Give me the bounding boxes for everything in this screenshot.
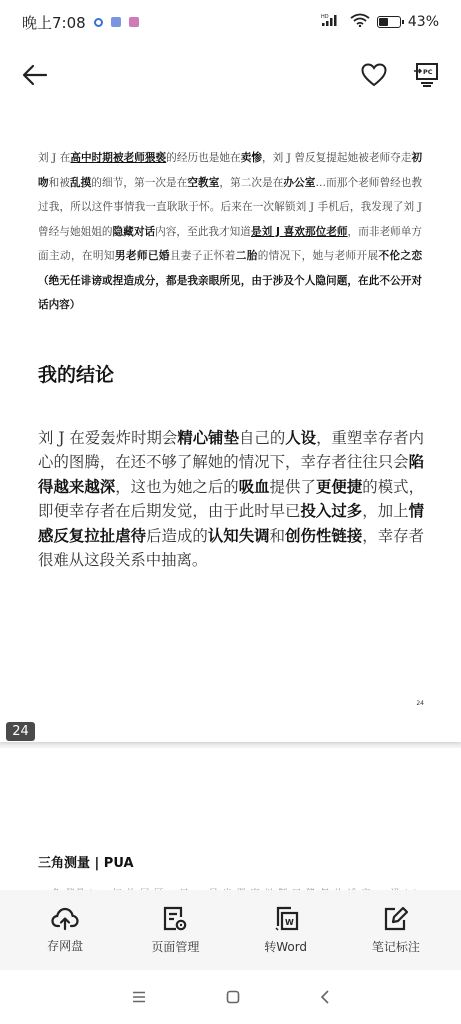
notification-circle-icon <box>94 18 103 27</box>
text-run: 高中时期被老师猥亵 <box>70 152 166 164</box>
text-run: 二胎 <box>236 250 258 262</box>
text-run: ，刘 J 曾反复提起她被老师夺走 <box>262 152 411 164</box>
text-run: 人设 <box>285 429 316 447</box>
status-left: 晚上7:08 <box>22 12 139 33</box>
section-title: 我的结论 <box>38 360 114 387</box>
nav-back-button[interactable] <box>320 989 330 1005</box>
page-number-badge: 24 <box>6 722 35 741</box>
text-run: 刘 J 在爱轰炸时期会 <box>38 429 177 447</box>
text-run: ，加上 <box>362 502 408 520</box>
text-run: 内容，至此我才知道 <box>155 226 251 238</box>
app-header: PC <box>0 44 461 106</box>
notification-app-icon-2 <box>129 17 139 27</box>
text-run: 空教室 <box>187 177 219 189</box>
convert-word-button[interactable]: W 转Word <box>236 906 336 955</box>
wifi-icon <box>350 13 370 31</box>
battery-icon <box>377 16 401 28</box>
toolbar-label: 存网盘 <box>47 937 83 954</box>
text-run: 卖惨 <box>241 152 262 164</box>
toolbar-label: 页面管理 <box>151 938 199 955</box>
text-run: ，第二次是在 <box>219 177 283 189</box>
text-run: 吸血 <box>239 478 270 496</box>
text-run: 后造成的 <box>146 527 208 545</box>
text-run: 隐藏对话 <box>113 226 156 238</box>
text-run: 精心铺垫 <box>177 429 239 447</box>
paragraph-small: 刘 J 在高中时期被老师猥亵的经历也是她在卖惨，刘 J 曾反复提起她被老师夺走初… <box>38 146 422 318</box>
page-footer-number: 24 <box>416 700 424 707</box>
back-icon <box>320 989 330 1005</box>
text-run: 投入过多 <box>300 502 362 520</box>
convert-word-icon: W <box>273 906 299 932</box>
edit-note-icon <box>383 906 409 932</box>
document-page-24[interactable]: 刘 J 在高中时期被老师猥亵的经历也是她在卖惨，刘 J 曾反复提起她被老师夺走初… <box>0 106 461 742</box>
note-annotate-button[interactable]: 笔记标注 <box>346 906 446 955</box>
save-to-cloud-button[interactable]: 存网盘 <box>15 907 115 954</box>
clock: 晚上7:08 <box>22 12 86 33</box>
text-run: 刘 J 在 <box>38 152 70 164</box>
status-right: HD 43% <box>321 13 439 31</box>
text-run: ，这也为她之后的 <box>115 478 239 496</box>
svg-text:PC: PC <box>423 68 433 76</box>
page-25-title: 三角测量 | PUA <box>38 852 134 871</box>
notification-app-icon <box>111 17 121 27</box>
heart-icon <box>361 63 387 87</box>
text-run: 男老师已婚 <box>115 250 170 262</box>
text-run: 提供了 <box>270 478 316 496</box>
bottom-toolbar: 存网盘 页面管理 W 转Word 笔记标注 <box>0 890 461 970</box>
page-manage-icon <box>162 906 188 932</box>
text-run: 自己的 <box>239 429 285 447</box>
nav-home-button[interactable] <box>226 990 240 1004</box>
text-run: 更便捷 <box>316 478 362 496</box>
status-bar: 晚上7:08 HD <box>0 0 461 44</box>
header-actions: PC <box>361 62 439 88</box>
paragraph-conclusion: 刘 J 在爱轰炸时期会精心铺垫自己的人设，重塑幸存者内心的图腾，在还不够了解她的… <box>38 426 424 572</box>
toolbar-label: 转Word <box>264 938 307 955</box>
text-run: 办公室 <box>283 177 315 189</box>
text-run: 的经历也是她在 <box>166 152 241 164</box>
page-manage-button[interactable]: 页面管理 <box>125 906 225 955</box>
send-to-pc-icon: PC <box>413 62 439 88</box>
text-run: 认知失调 <box>208 527 270 545</box>
toolbar-label: 笔记标注 <box>372 938 420 955</box>
text-run: 的细节，第一次是在 <box>91 177 187 189</box>
text-run: 和被 <box>49 177 70 189</box>
text-run: 和 <box>270 527 285 545</box>
favorite-button[interactable] <box>361 63 387 87</box>
text-run: 创伤性链接 <box>285 527 362 545</box>
text-run: 是刘 J 喜欢那位老师 <box>251 226 348 238</box>
cloud-upload-icon <box>51 907 79 931</box>
svg-text:W: W <box>285 918 294 927</box>
text-run: 的情况下，她与老师开展 <box>258 250 379 262</box>
text-run: 不伦之恋 <box>379 250 423 262</box>
text-run: 且妻子正怀着 <box>170 250 236 262</box>
text-run: 乱摸 <box>70 177 91 189</box>
menu-icon <box>132 991 146 1003</box>
battery-percent: 43% <box>408 14 439 30</box>
svg-text:HD: HD <box>321 14 329 20</box>
system-nav-bar <box>0 970 461 1024</box>
text-run: （绝无任诽谤或捏造成分，都是我亲眼所见，由于涉及个人隐问题，在此不公开对话内容） <box>38 275 422 312</box>
back-button[interactable] <box>22 64 48 86</box>
nav-menu-button[interactable] <box>132 991 146 1003</box>
send-to-pc-button[interactable]: PC <box>413 62 439 88</box>
signal-icon: HD <box>321 13 343 31</box>
home-icon <box>226 990 240 1004</box>
screen: 晚上7:08 HD <box>0 0 461 1024</box>
arrow-left-icon <box>22 64 48 86</box>
